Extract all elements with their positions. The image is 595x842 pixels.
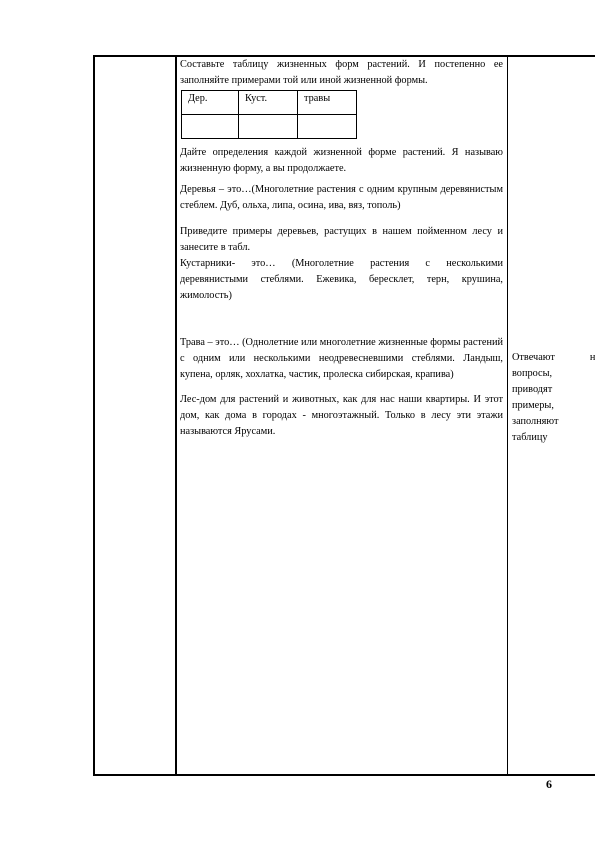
- student-activity-word-2: на: [590, 350, 595, 366]
- teacher-activity-cell: Составьте таблицу жизненных форм растени…: [180, 57, 503, 440]
- cell-shrubs: [239, 115, 298, 139]
- trees-definition: Деревья – это…(Многолетние растения с од…: [180, 182, 503, 214]
- student-activity-line: таблицу: [512, 430, 595, 446]
- definitions-prompt: Дайте определения каждой жизненной форме…: [180, 145, 503, 177]
- column-divider-2: [507, 57, 508, 774]
- header-trees: Дер.: [182, 91, 239, 115]
- table-row: [182, 115, 357, 139]
- student-activity-line: приводят: [512, 382, 595, 398]
- cell-trees: [182, 115, 239, 139]
- student-activity-first-line: Отвечают на: [512, 350, 595, 366]
- page-number: 6: [546, 777, 552, 792]
- student-activity-line: вопросы,: [512, 366, 595, 382]
- intro-paragraph: Составьте таблицу жизненных форм растени…: [180, 57, 503, 89]
- student-activity-cell: Отвечают на вопросы, приводят примеры, з…: [512, 350, 595, 446]
- grass-definition: Трава – это… (Однолетние или многолетние…: [180, 335, 503, 383]
- trees-task: Приведите примеры деревьев, растущих в н…: [180, 224, 503, 256]
- cell-grasses: [298, 115, 357, 139]
- header-shrubs: Куст.: [239, 91, 298, 115]
- shrubs-definition: Кустарники- это… (Многолетние растения с…: [180, 256, 503, 304]
- forest-house-paragraph: Лес-дом для растений и животных, как для…: [180, 392, 503, 440]
- header-grasses: травы: [298, 91, 357, 115]
- life-forms-table: Дер. Куст. травы: [181, 90, 357, 139]
- column-divider-1: [175, 57, 177, 774]
- student-activity-line: заполняют: [512, 414, 595, 430]
- student-activity-word-1: Отвечают: [512, 350, 555, 366]
- life-forms-table-header: Дер. Куст. травы: [182, 91, 357, 115]
- student-activity-line: примеры,: [512, 398, 595, 414]
